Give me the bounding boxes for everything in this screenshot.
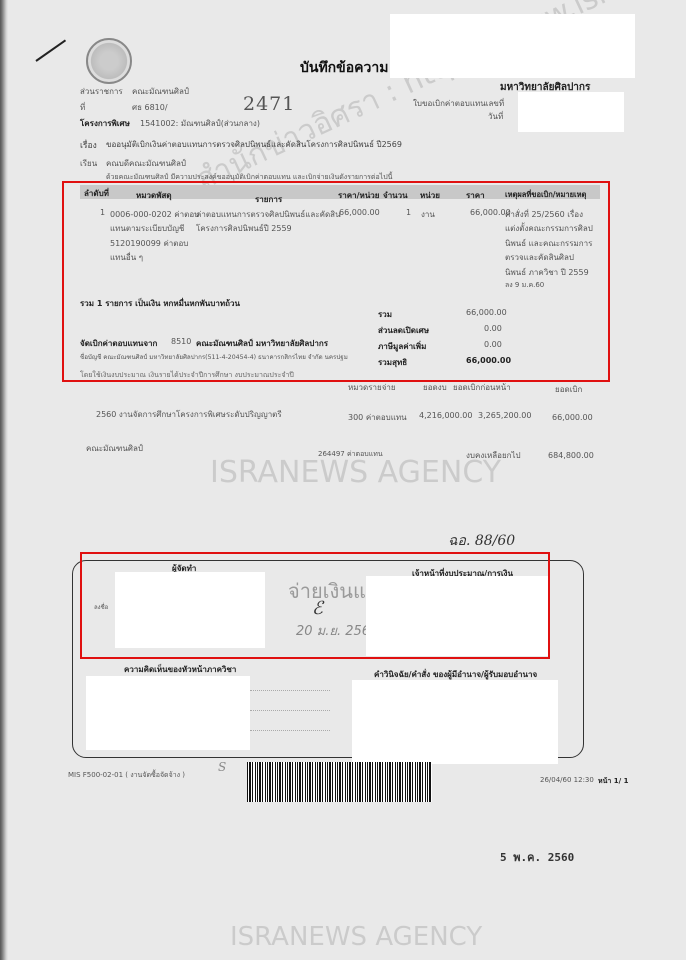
summary-label-vat: ภาษีมูลค่าเพิ่ม [378,340,426,353]
dept-head-opinion-label: ความคิดเห็นของหัวหน้าภาควิชา [124,663,236,676]
form-code: MIS F500-02-01 ( งานจัดซื้อจัดจ้าง ) [68,770,185,781]
item-unit-price: 66,000.00 [339,208,380,217]
watermark-agency-text: ISRANEWS AGENCY [230,922,482,952]
handwritten-reference: ฉอ. 88/60 [448,530,515,552]
item-qty: 1 [406,208,411,217]
summary-value-total: 66,000.00 [466,308,507,317]
subject-value: ขออนุมัติเบิกเงินค่าตอบแทนการตรวจศิลปนิพ… [106,138,402,151]
preparer-sign-prefix: ลงชื่อ [94,602,108,612]
ref-value: ศธ 6810/ [132,101,168,114]
redaction-block [366,576,548,656]
project-label: โครงการพิเศษ [80,117,130,130]
university-seal-icon [86,38,132,84]
col-header-category: หมวดพัสดุ [136,189,172,202]
col-header-price: ราคา [466,189,485,202]
budget-col-category: หมวดรายจ่าย [348,381,396,394]
item-category-line: แทนตามระเบียบบัญชี [110,222,184,235]
budget-col-budget: ยอดงบ [423,381,447,394]
budget-project: 2560 งานจัดการศึกษาโครงการพิเศษระดับปริญ… [96,408,282,421]
to-value: คณบดีคณะมัณฑนศิลป์ [106,157,186,170]
budget-category: 300 ค่าตอบแทน [348,411,407,424]
item-reason-line: ตรวจและคัดสินศิลป [505,251,574,264]
redaction-block [518,92,624,132]
remaining-value: 684,800.00 [548,451,594,460]
initial-mark: S [218,760,226,774]
document-title: บันทึกข้อความ [300,57,388,79]
item-unit: งาน [421,208,435,221]
subject-label: เรื่อง [80,138,97,152]
dotted-line [250,690,330,691]
item-reason-line: คำสั่งที่ 25/2560 เรื่อง [505,208,583,221]
item-description-line: ค่าตอบแทนการตรวจศิลปนิพนธ์และคัดสิน [196,208,341,221]
col-header-unit-price: ราคา/หน่วย [338,189,379,202]
item-no: 1 [100,208,105,217]
document-number: 2471 [243,93,295,115]
item-reason-line: แต่งตั้งคณะกรรมการศิลป [505,222,593,235]
department-value: คณะมัณฑนศิลป์ [132,85,189,98]
scan-edge [0,0,8,960]
item-category-line: แทนอื่น ๆ [110,251,143,264]
project-value: 1541002: มัณฑนศิลป์(ส่วนกลาง) [140,117,260,130]
summary-value-vat: 0.00 [484,340,502,349]
department-label: ส่วนราชการ [80,85,123,98]
date-label: วันที่ [488,110,503,123]
col-header-unit: หน่วย [420,189,440,202]
summary-label-total: รวม [378,308,392,321]
note-line: โดยใช้เงินงบประมาณ เงินรายได้ประจำปีการศ… [80,370,294,381]
col-header-description: รายการ [255,193,282,206]
signature-mark: ℰ [312,598,323,619]
col-header-no: ลำดับที่ [84,187,109,200]
barcode [247,762,432,802]
budget-account-code: 264497 ค่าตอบแทน [318,449,383,460]
item-reason-line: นิพนธ์ และคณะกรรมการ [505,237,592,250]
summary-value-net: 66,000.00 [466,356,511,365]
paid-date: 20 ม.ย. 256 [296,620,370,641]
request-number-label: ใบขอเบิกค่าตอบแทนเลขที่ [413,97,504,110]
col-header-qty: จำนวน [383,189,408,202]
redaction-block [115,572,265,648]
budget-faculty: คณะมัณฑนศิลป์ [86,442,143,455]
budget-current: 66,000.00 [552,413,593,422]
received-date-stamp: 5 พ.ค. 2560 [500,848,574,866]
item-category-line: 5120190099 ค่าตอบ [110,237,188,250]
redaction-block [352,680,558,764]
budget-col-previous: ยอดเบิกก่อนหน้า [453,381,511,394]
summary-label-discount: ส่วนลดเปิดเศษ [378,324,429,337]
pen-mark [35,40,66,62]
dotted-line [250,730,330,731]
page-indicator: หน้า 1/ 1 [598,776,629,787]
ref-label: ที่ [80,101,85,114]
col-header-reason: เหตุผลที่ขอเบิก/หมายเหตุ [505,189,586,201]
to-label: เรียน [80,157,97,170]
summary-label-net: รวมสุทธิ [378,356,407,369]
funding-value: คณะมัณฑนศิลป์ มหาวิทยาลัยศิลปากร [196,337,328,350]
watermark-agency-text: ISRANEWS AGENCY [210,455,501,490]
account-line: ชื่อบัญชี คณะมัณฑนศิลป์ มหาวิทยาลัยศิลปา… [80,352,348,362]
item-description-line: โครงการศิลปนิพนธ์ปี 2559 [196,222,292,235]
summary-value-discount: 0.00 [484,324,502,333]
remaining-label: งบคงเหลือยกไป [466,449,521,462]
budget-amount: 4,216,000.00 [419,411,472,420]
item-category-line: 0006-000-0202 ค่าตอบ [110,208,199,221]
budget-previous: 3,265,200.00 [478,411,531,420]
item-reason-line: นิพนธ์ ภาควิชา ปี 2559 [505,266,589,279]
item-reason-line: ลง 9 ม.ค.60 [505,280,544,291]
redaction-block [86,676,250,750]
watermark-agency-middle: ISRANEWS AGENCY [210,455,501,490]
printed-timestamp: 26/04/60 12:30 [540,776,594,784]
budget-col-current: ยอดเบิก [555,383,582,396]
watermark-agency-bottom: ISRANEWS AGENCY [230,922,482,952]
funding-code: 8510 [171,337,191,346]
funding-label: จัดเบิกค่าตอบแทนจาก [80,337,157,350]
items-total-line: รวม 1 รายการ เป็นเงิน หกหมื่นหกพันบาทถ้ว… [80,297,240,310]
dotted-line [250,710,330,711]
redaction-block [390,14,635,78]
